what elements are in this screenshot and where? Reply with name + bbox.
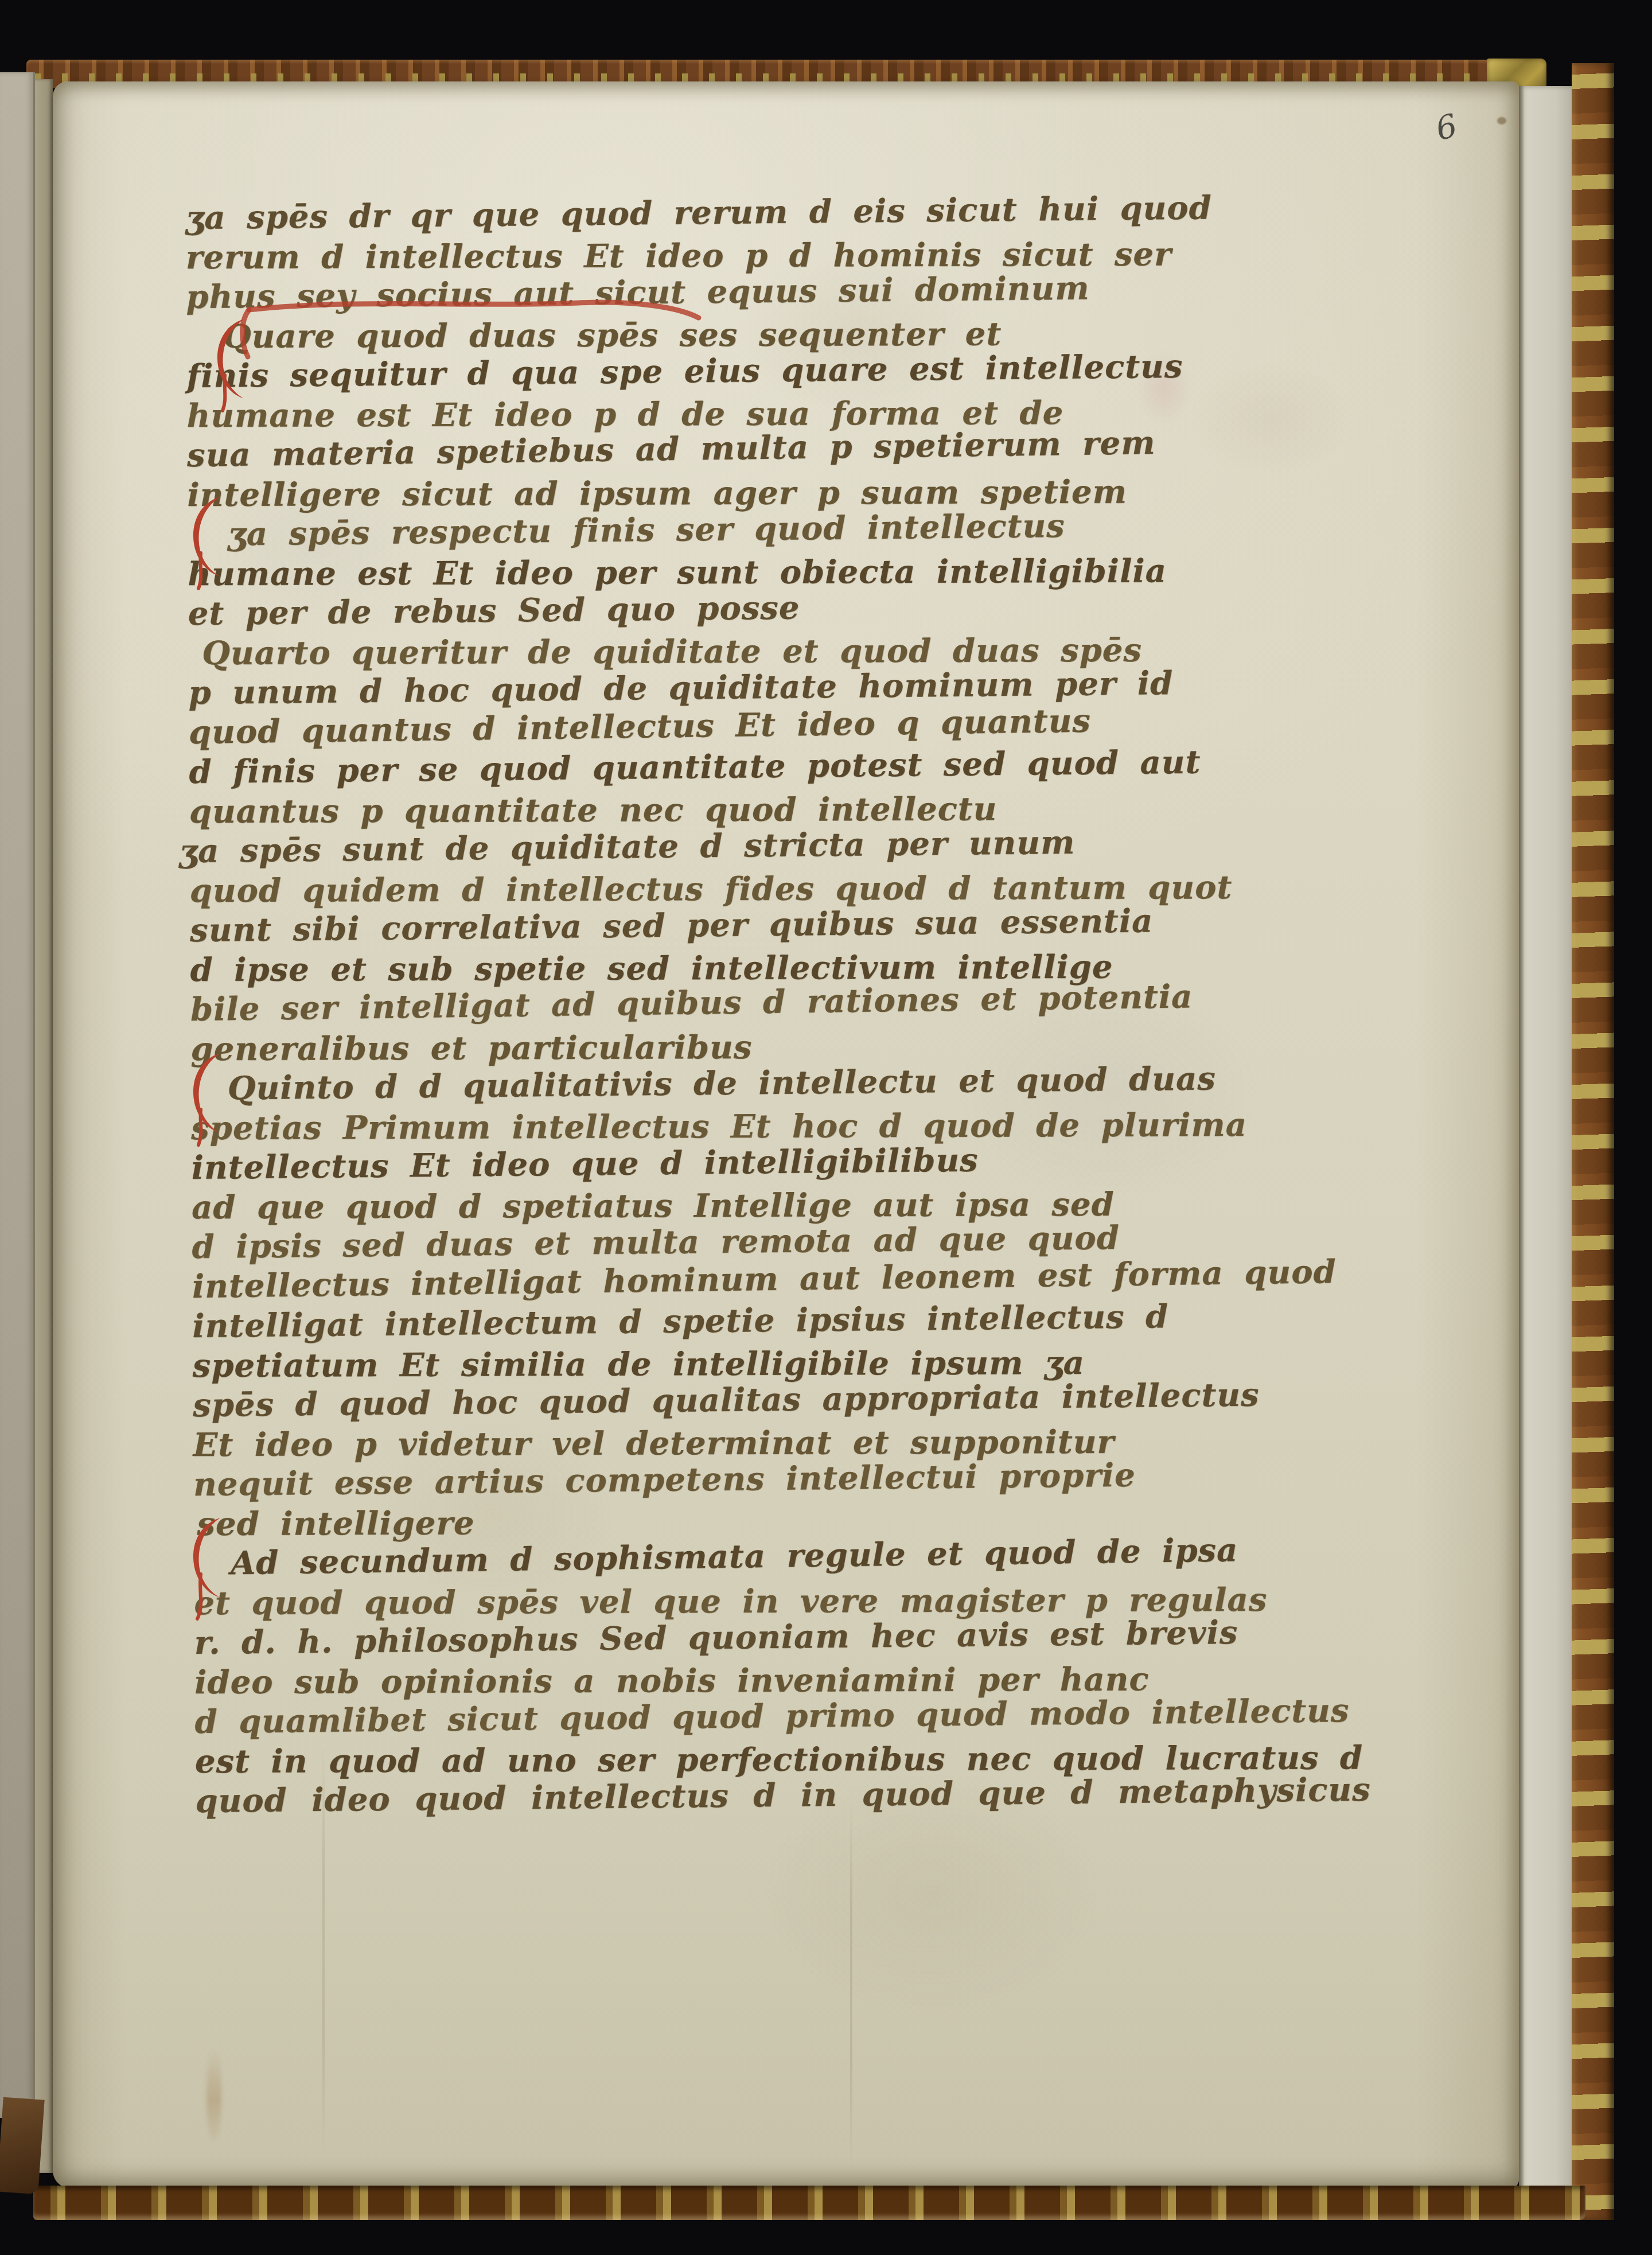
manuscript-photograph: 6 ʒa spēs dr qr que quod rerum d eis sic…: [0, 0, 1652, 2255]
left-leaf-edge: [35, 79, 53, 2173]
corner-speck: [1497, 117, 1506, 124]
rubric-paraph: [189, 1514, 226, 1621]
bottom-left-cover-edge: [0, 2097, 45, 2195]
folio-number: 6: [1432, 107, 1461, 149]
stain-mark: [206, 2049, 221, 2141]
left-page-stack-edge: [0, 72, 35, 2118]
rubric-paraph: [189, 493, 226, 591]
rubric-underline: [234, 293, 710, 361]
gilt-tail-edge: [33, 2186, 1585, 2220]
text-block: ʒa spēs dr qr que quod rerum d eis sicut…: [185, 192, 1331, 1821]
gilt-fore-edge: [1572, 63, 1614, 2220]
right-leaf-edge: [1519, 86, 1572, 2190]
rubric-paraph: [213, 316, 250, 413]
parchment-crease: [850, 1802, 852, 2170]
rubric-paraph: [189, 1050, 226, 1147]
text-line: ʒa spēs dr qr que quod rerum d eis sicut…: [185, 187, 1322, 238]
manuscript-page: 6 ʒa spēs dr qr que quod rerum d eis sic…: [53, 81, 1519, 2188]
